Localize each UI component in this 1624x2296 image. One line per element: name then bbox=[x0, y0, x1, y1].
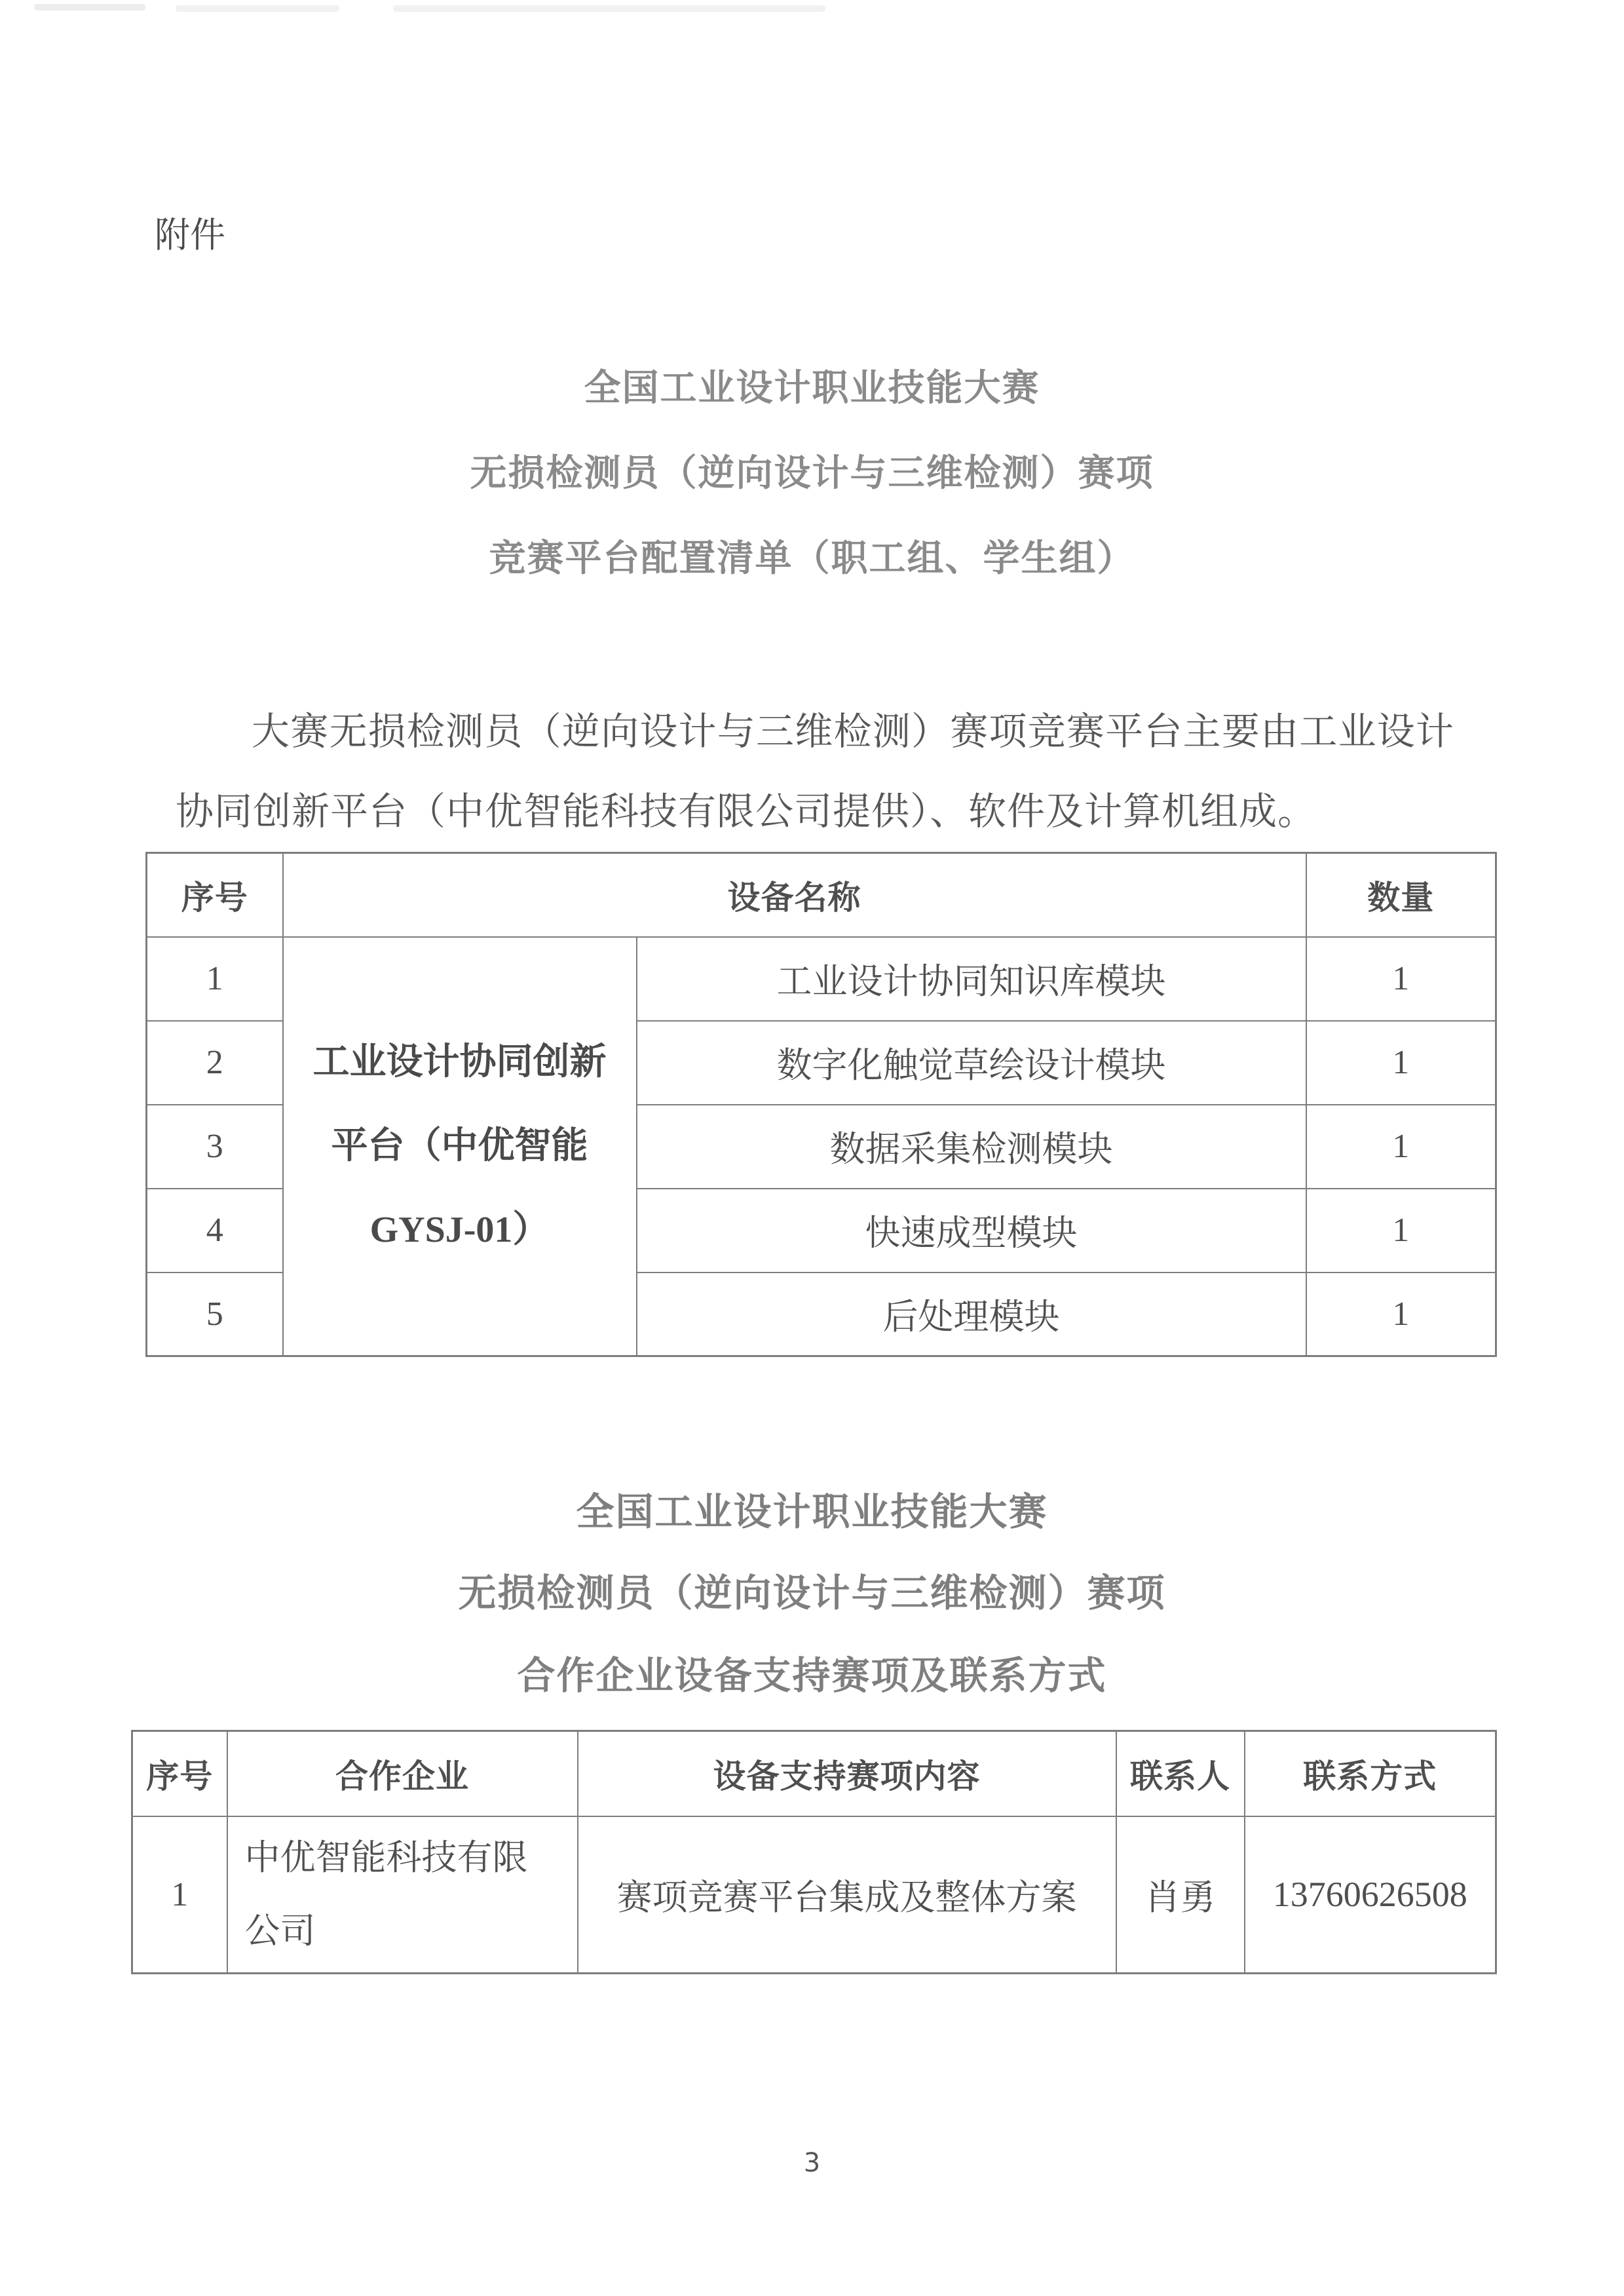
row-qty: 1 bbox=[1306, 1105, 1496, 1189]
section1-title-line3: 竞赛平台配置清单（职工组、学生组） bbox=[0, 529, 1624, 582]
section1-title-line2: 无损检测员（逆向设计与三维检测）赛项 bbox=[0, 444, 1624, 497]
table-row: 1 工业设计协同创新平台（中优智能GYSJ-01） 工业设计协同知识库模块 1 bbox=[147, 937, 1496, 1021]
scan-artifact-segment bbox=[393, 5, 825, 12]
row-module: 后处理模块 bbox=[637, 1272, 1306, 1356]
row-contact: 肖勇 bbox=[1116, 1816, 1245, 1974]
row-no: 1 bbox=[147, 937, 283, 1021]
row-module: 快速成型模块 bbox=[637, 1189, 1306, 1272]
partner-table-header-row: 序号 合作企业 设备支持赛项内容 联系人 联系方式 bbox=[132, 1731, 1496, 1816]
equipment-table: 序号 设备名称 数量 1 工业设计协同创新平台（中优智能GYSJ-01） 工业设… bbox=[145, 852, 1497, 1357]
scan-artifact-segment bbox=[176, 5, 339, 12]
section1-title-line1: 全国工业设计职业技能大赛 bbox=[0, 359, 1624, 411]
page-number: 3 bbox=[0, 2148, 1624, 2178]
row-qty: 1 bbox=[1306, 1272, 1496, 1356]
section2-title-line2: 无损检测员（逆向设计与三维检测）赛项 bbox=[0, 1562, 1624, 1617]
row-no: 5 bbox=[147, 1272, 283, 1356]
header-company: 合作企业 bbox=[227, 1731, 578, 1816]
header-qty: 数量 bbox=[1306, 853, 1496, 937]
row-no: 2 bbox=[147, 1021, 283, 1105]
header-device-name: 设备名称 bbox=[283, 853, 1306, 937]
platform-cell: 工业设计协同创新平台（中优智能GYSJ-01） bbox=[283, 937, 637, 1356]
header-no: 序号 bbox=[147, 853, 283, 937]
row-no: 4 bbox=[147, 1189, 283, 1272]
header-contact: 联系人 bbox=[1116, 1731, 1245, 1816]
row-phone: 13760626508 bbox=[1245, 1816, 1496, 1974]
row-content: 赛项竞赛平台集成及整体方案 bbox=[578, 1816, 1116, 1974]
equipment-table-header-row: 序号 设备名称 数量 bbox=[147, 853, 1496, 937]
row-qty: 1 bbox=[1306, 1189, 1496, 1272]
section2-title-line3: 合作企业设备支持赛项及联系方式 bbox=[0, 1645, 1624, 1700]
row-no: 3 bbox=[147, 1105, 283, 1189]
header-no: 序号 bbox=[132, 1731, 227, 1816]
row-module: 工业设计协同知识库模块 bbox=[637, 937, 1306, 1021]
header-phone: 联系方式 bbox=[1245, 1731, 1496, 1816]
row-company: 中优智能科技有限公司 bbox=[227, 1816, 578, 1974]
row-module: 数据采集检测模块 bbox=[637, 1105, 1306, 1189]
row-no: 1 bbox=[132, 1816, 227, 1974]
partner-table: 序号 合作企业 设备支持赛项内容 联系人 联系方式 1 中优智能科技有限公司 赛… bbox=[131, 1730, 1497, 1974]
attachment-label: 附件 bbox=[155, 207, 225, 258]
intro-paragraph: 大赛无损检测员（逆向设计与三维检测）赛项竞赛平台主要由工业设计协同创新平台（中优… bbox=[176, 692, 1454, 852]
table-row: 1 中优智能科技有限公司 赛项竞赛平台集成及整体方案 肖勇 1376062650… bbox=[132, 1816, 1496, 1974]
row-qty: 1 bbox=[1306, 937, 1496, 1021]
scan-artifact-segment bbox=[34, 4, 145, 10]
row-qty: 1 bbox=[1306, 1021, 1496, 1105]
section2-title-line1: 全国工业设计职业技能大赛 bbox=[0, 1481, 1624, 1536]
header-content: 设备支持赛项内容 bbox=[578, 1731, 1116, 1816]
row-module: 数字化触觉草绘设计模块 bbox=[637, 1021, 1306, 1105]
